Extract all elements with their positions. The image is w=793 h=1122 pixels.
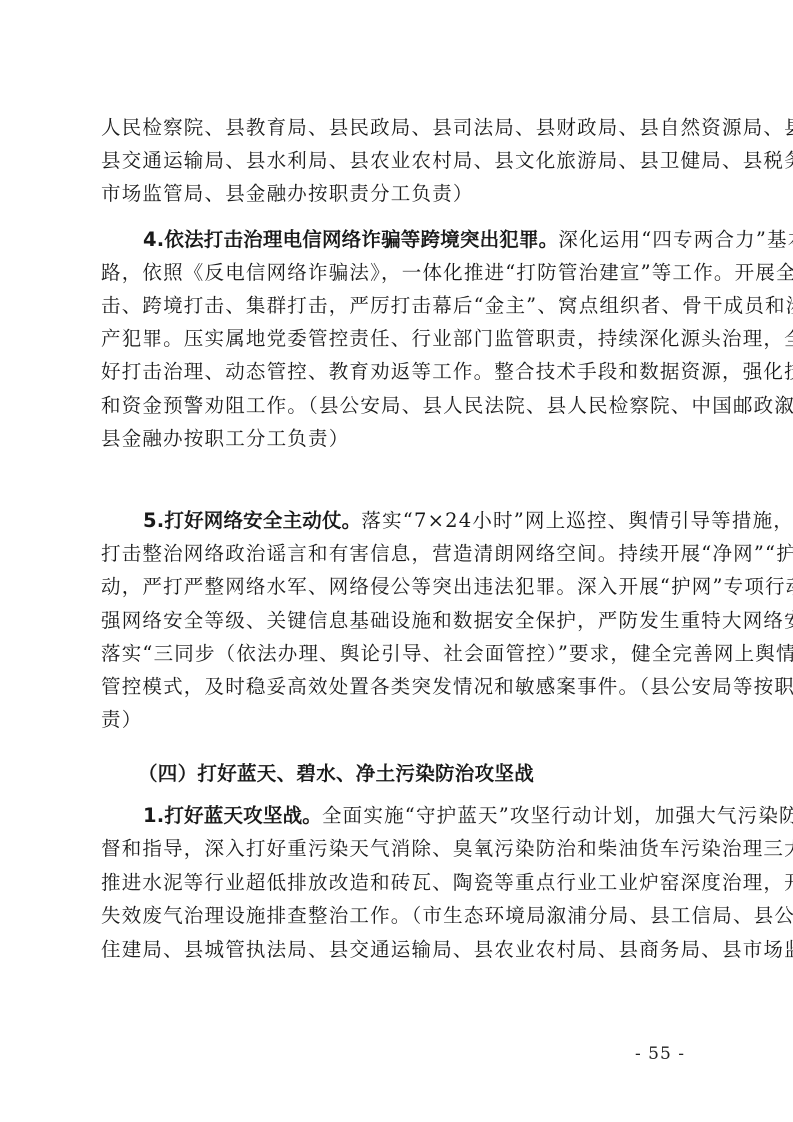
item-5-heading: 5.打好网络安全主动仗。	[143, 509, 361, 532]
item-4-heading: 4.依法打击治理电信网络诈骗等跨境突出犯罪。	[143, 228, 558, 251]
text-line: 路，依照《反电信网络诈骗法》，一体化推进“打防管治建宣”等工作。开展全链条打	[101, 261, 697, 285]
section-heading: （四）打好蓝天、碧水、净土污染防治攻坚战	[138, 761, 534, 787]
item-1-first-line-text: 全面实施“守护蓝天”攻坚行动计划，加强大气污染防治监	[322, 804, 793, 827]
text-line: 市场监管局、县金融办按职责分工负责）	[101, 182, 697, 206]
text-line: 动，严打严整网络水军、网络侵公等突出违法犯罪。深入开展“护网”专项行动，加	[101, 575, 697, 599]
text-line: 督和指导，深入打好重污染天气消除、臭氧污染防治和柴油货车污染治理三大攻坚战，	[101, 837, 697, 861]
text-line: 县金融办按职工分工负责）	[101, 427, 697, 451]
text-line: 强网络安全等级、关键信息基础设施和数据安全保护，严防发生重特大网络安全案件。	[101, 609, 697, 633]
text-line: 推进水泥等行业超低排放改造和砖瓦、陶瓷等重点行业工业炉窑深度治理，开展低效	[101, 871, 697, 895]
item-4-first-line: 4.依法打击治理电信网络诈骗等跨境突出犯罪。深化运用“四专两合力”基本思	[143, 228, 697, 252]
text-line: 打击整治网络政治谣言和有害信息，营造清朗网络空间。持续开展“净网”“护网”行	[101, 542, 697, 566]
text-line: 管控模式，及时稳妥高效处置各类突发情况和敏感案事件。（县公安局等按职责分工负	[101, 675, 697, 699]
text-line: 和资金预警劝阻工作。（县公安局、县人民法院、县人民检察院、中国邮政溆浦分公司、	[101, 394, 697, 418]
text-line: 住建局、县城管执法局、县交通运输局、县农业农村局、县商务局、县市场监管局等	[101, 938, 697, 962]
item-1-heading: 1.打好蓝天攻坚战。	[143, 804, 322, 827]
text-line: 落实“三同步（依法办理、舆论引导、社会面管控）”要求，健全完善网上舆情全链条	[101, 642, 697, 666]
item-5-first-line: 5.打好网络安全主动仗。落实“7×24小时”网上巡控、舆情引导等措施，坚决	[143, 509, 697, 533]
text-line: 人民检察院、县教育局、县民政局、县司法局、县财政局、县自然资源局、县住建局、	[101, 116, 697, 140]
text-line: 好打击治理、动态管控、教育劝返等工作。整合技术手段和数据资源，强化技术反制	[101, 360, 697, 384]
item-1-first-line: 1.打好蓝天攻坚战。全面实施“守护蓝天”攻坚行动计划，加强大气污染防治监	[143, 804, 697, 828]
text-line: 产犯罪。压实属地党委管控责任、行业部门监管职责，持续深化源头治理，全链条做	[101, 327, 697, 351]
text-line: 责）	[101, 708, 697, 732]
text-line: 击、跨境打击、集群打击，严厉打击幕后“金主”、窝点组织者、骨干成员和涉诈黑灰	[101, 294, 697, 318]
page-number: - 55 -	[620, 1044, 700, 1064]
document-page: 人民检察院、县教育局、县民政局、县司法局、县财政局、县自然资源局、县住建局、 县…	[0, 0, 793, 1122]
item-5-first-line-text: 落实“7×24小时”网上巡控、舆情引导等措施，坚决	[361, 509, 793, 532]
item-4-first-line-text: 深化运用“四专两合力”基本思	[558, 228, 793, 251]
text-line: 县交通运输局、县水利局、县农业农村局、县文化旅游局、县卫健局、县税务局、县	[101, 149, 697, 173]
text-line: 失效废气治理设施排查整治工作。（市生态环境局溆浦分局、县工信局、县公安局、县	[101, 904, 697, 928]
